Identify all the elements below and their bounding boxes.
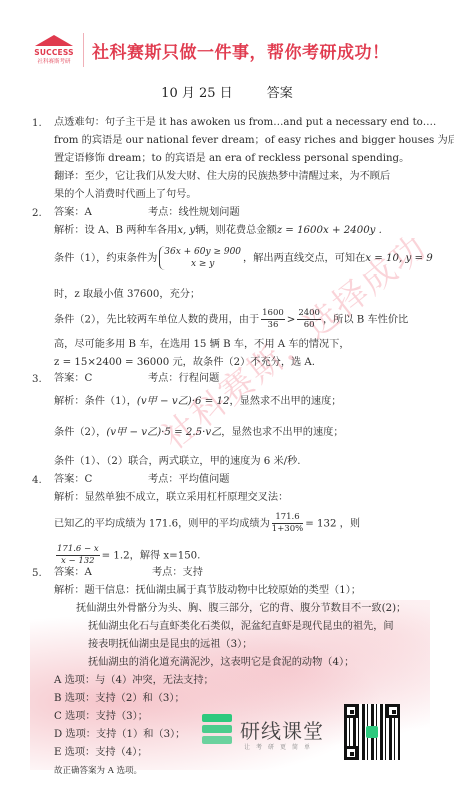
q5-line: 抚仙湖虫外骨骼分为头、胸、腹三部分，它的背、腹分节数目不一致(2)； [76,602,406,616]
q5-line: 抚仙湖虫化石与直虾类化石类似，泥盆纪直虾是现代昆虫的祖先，间 [88,620,394,634]
q3-line: 条件（2），(v甲 − v乙)·5 = 2.5·v乙，显然也求不出甲的速度； [54,426,344,440]
q2-answer: 答案：A [54,206,92,220]
q4-number: 4. [32,475,42,486]
fraction: 171.61+30% [272,512,303,535]
option-c: C 选项：支持（3）； [54,710,148,724]
q2-line: z = 15×2400 = 36000 元，故条件（2）不充分，选 A. [54,356,315,370]
qr-code[interactable] [344,704,400,760]
success-logo: SUCCESS 社科赛斯考研 [32,35,76,65]
q2-number: 2. [32,208,42,219]
title-label: 答案 [267,86,293,101]
q5-line: 抚仙湖虫的消化道充满泥沙，这表明它是食泥的动物（4）； [88,656,354,670]
q2-line: 条件（1），约束条件为36x + 60y ≥ 900x ≥ y，解出两直线交点，… [54,246,433,270]
q2-line: 时，z 取最小值 37600，充分； [54,288,200,302]
option-b: B 选项：支持（2）和（3）； [54,692,185,706]
q3-line: 条件（1）、（2）联合，两式联立，甲的速度为 6 米/秒. [54,455,301,469]
q1-line: 果的个人消费时代画上了句号。 [54,188,197,202]
q5-number: 5. [32,568,42,579]
fraction: 160036 [261,308,285,331]
q1-line: 点透难句：句子主干是 it has awoken us from…and put… [54,116,436,130]
qr-center-logo-icon [366,726,378,738]
stacked-books-icon [200,712,234,746]
q1-number: 1. [32,118,42,129]
q5-topic: 考点：支持 [152,566,203,580]
logo-text-cn: 社科赛斯考研 [37,57,70,65]
q4-line: 已知乙的平均成绩为 171.6，则甲的平均成绩为171.61+30%= 132 … [54,512,360,535]
q2-line: 高，尽可能多用 B 车，在选用 15 辆 B 车，不用 A 车的情况下， [54,338,350,352]
slogan: 社科赛斯只做一件事，帮你考研成功！ [92,38,390,63]
q1-line: 翻译：至少，它让我们从发大财、住大房的民族热梦中清醒过来，为不顾后 [54,170,390,184]
q5-line: 解析：题干信息：抚仙湖虫属于真节肢动物中比较原始的类型（1）； [54,584,361,598]
brand-name: 研线课堂 [240,715,324,744]
q3-number: 3. [32,374,42,385]
q4-line: 解析：显然单独不成立，联立采用杠杆原理交叉法： [54,491,288,505]
option-e: E 选项：支持（4）； [54,746,148,760]
q3-topic: 考点：行程问题 [148,372,219,386]
header-divider [83,33,84,67]
fraction: 240060 [297,308,321,331]
answer-page: 社科赛斯，选择成功 SUCCESS 社科赛斯考研 社科赛斯只做一件事，帮你考研成… [0,0,454,800]
brand-tagline: 让考研更简单 [244,742,316,751]
conclusion: 故正确答案为 A 选项。 [54,764,142,778]
q1-line: from 的宾语是 our national fever dream；of ea… [54,134,454,148]
q4-line: 171.6 − xx − 132= 1.2，解得 x=150. [54,544,200,567]
q2-line: 解析：设 A、B 两种车各用x, y辆，则花费总金额z = 1600x + 24… [54,224,382,238]
q3-line: 解析：条件（1），(v甲 − v乙)·6 = 12，显然求不出甲的速度； [54,395,342,409]
roof-icon [35,35,73,46]
option-d: D 选项：支持（1）和（3）； [54,728,185,742]
q4-topic: 考点：平均值问题 [148,473,230,487]
header-banner: SUCCESS 社科赛斯考研 社科赛斯只做一件事，帮你考研成功！ [32,33,390,67]
q5-line: 接表明抚仙湖虫是昆虫的远祖（3）； [88,638,252,652]
q3-answer: 答案：C [54,372,92,386]
logo-text-en: SUCCESS [34,48,74,57]
q4-answer: 答案：C [54,473,92,487]
q2-topic: 考点：线性规划问题 [148,206,240,220]
constraint-system: 36x + 60y ≥ 900x ≥ y [159,246,241,270]
brand-logo: 研线课堂 [200,712,324,746]
option-a: A 选项：与（4）冲突，无法支持； [54,674,214,688]
q1-line: 置定语修饰 dream；to 的宾语是 an era of reckless p… [54,152,409,166]
q2-line: 条件（2），先比较两车单位人数的费用，由于160036>240060，所以 B … [54,308,408,331]
q5-answer: 答案：A [54,566,92,580]
page-title: 10 月 25 日 答案 [0,82,454,101]
title-date: 10 月 25 日 [161,86,232,101]
fraction: 171.6 − xx − 132 [56,544,100,567]
